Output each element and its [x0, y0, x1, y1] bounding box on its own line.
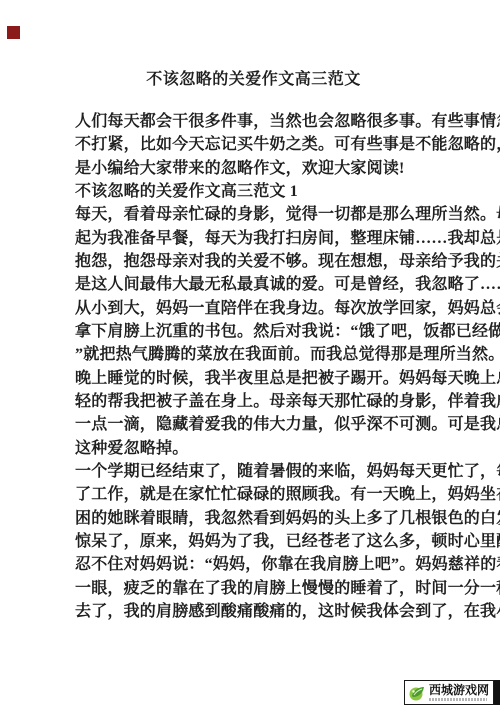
text-line: 抱怨，抱怨母亲对我的关爱不够。现在想想，母亲给予我的关爱，	[75, 250, 445, 273]
watermark-microtext-strip	[429, 698, 487, 701]
text-line: ”就把热气腾腾的菜放在我面前。而我总觉得那是理所当然。	[75, 343, 445, 366]
watermark-box: 西城游戏网	[404, 680, 494, 705]
watermark-text-column: 西城游戏网	[429, 684, 489, 701]
text-line: 是这人间最伟大最无私最真诚的爱。可是曾经，我忽略了……	[75, 273, 445, 296]
watermark-site-name: 西城游戏网	[429, 684, 489, 697]
text-line: 人们每天都会干很多件事，当然也会忽略很多事。有些事情忽略了	[75, 110, 445, 133]
text-line: 是小编给大家带来的忽略作文，欢迎大家阅读!	[75, 157, 445, 180]
text-line: 轻的帮我把被子盖在身上。母亲每天那忙碌的身影，伴着我成长的	[75, 390, 445, 413]
watermark-edge-bar	[494, 680, 500, 705]
document-page: 不该忽略的关爱作文高三范文 人们每天都会干很多件事，当然也会忽略很多事。有些事情…	[0, 0, 500, 708]
text-line: 起为我准备早餐，每天为我打扫房间，整理床铺……我却总是还有	[75, 227, 445, 250]
text-line: 忍不住对妈妈说：“妈妈，你靠在我肩膀上吧”。妈妈慈祥的看了我	[75, 553, 445, 576]
body-text: 人们每天都会干很多件事，当然也会忽略很多事。有些事情忽略了不打紧，比如今天忘记买…	[75, 110, 445, 623]
text-line: 每天，看着母亲忙碌的身影，觉得一切都是那么理所当然。母亲早	[75, 203, 445, 226]
text-line: 这种爱忽略掉。	[75, 437, 445, 460]
text-line: 一个学期已经结束了，随着暑假的来临，妈妈每天更忙了，每天除	[75, 460, 445, 483]
leaf-logo-icon	[408, 684, 426, 702]
text-line: 从小到大，妈妈一直陪伴在我身边。每次放学回家，妈妈总会替我	[75, 297, 445, 320]
text-line: 不打紧，比如今天忘记买牛奶之类。可有些事是不能忽略的，下面	[75, 133, 445, 156]
text-line: 一眼，疲乏的靠在了我的肩膀上慢慢的睡着了，时间一分一秒的过	[75, 577, 445, 600]
text-line: 晚上睡觉的时候，我半夜里总是把被子踢开。妈妈每天晚上总会轻	[75, 367, 445, 390]
text-line: 一点一滴，隐藏着爱我的伟大力量，似乎深不可测。可是我总是把	[75, 413, 445, 436]
text-line: 去了，我的肩膀感到酸痛酸痛的，这时候我体会到了，在我小时候，	[75, 600, 445, 623]
text-line: 惊呆了，原来，妈妈为了我，已经苍老了这么多，顿时心里酸酸的。	[75, 530, 445, 553]
text-line: 了工作，就是在家忙忙碌碌的照顾我。有一天晚上，妈妈坐在沙发	[75, 483, 445, 506]
text-line: 拿下肩膀上沉重的书包。然后对我说：“饿了吧，饭都已经做好了。	[75, 320, 445, 343]
site-watermark: 西城游戏网	[404, 680, 500, 705]
text-line: 困的她眯着眼睛，我忽然看到妈妈的头上多了几根银色的白发，我	[75, 507, 445, 530]
text-line: 不该忽略的关爱作文高三范文 1	[75, 180, 445, 203]
document-title: 不该忽略的关爱作文高三范文	[75, 66, 432, 89]
red-corner-mark	[7, 26, 20, 39]
